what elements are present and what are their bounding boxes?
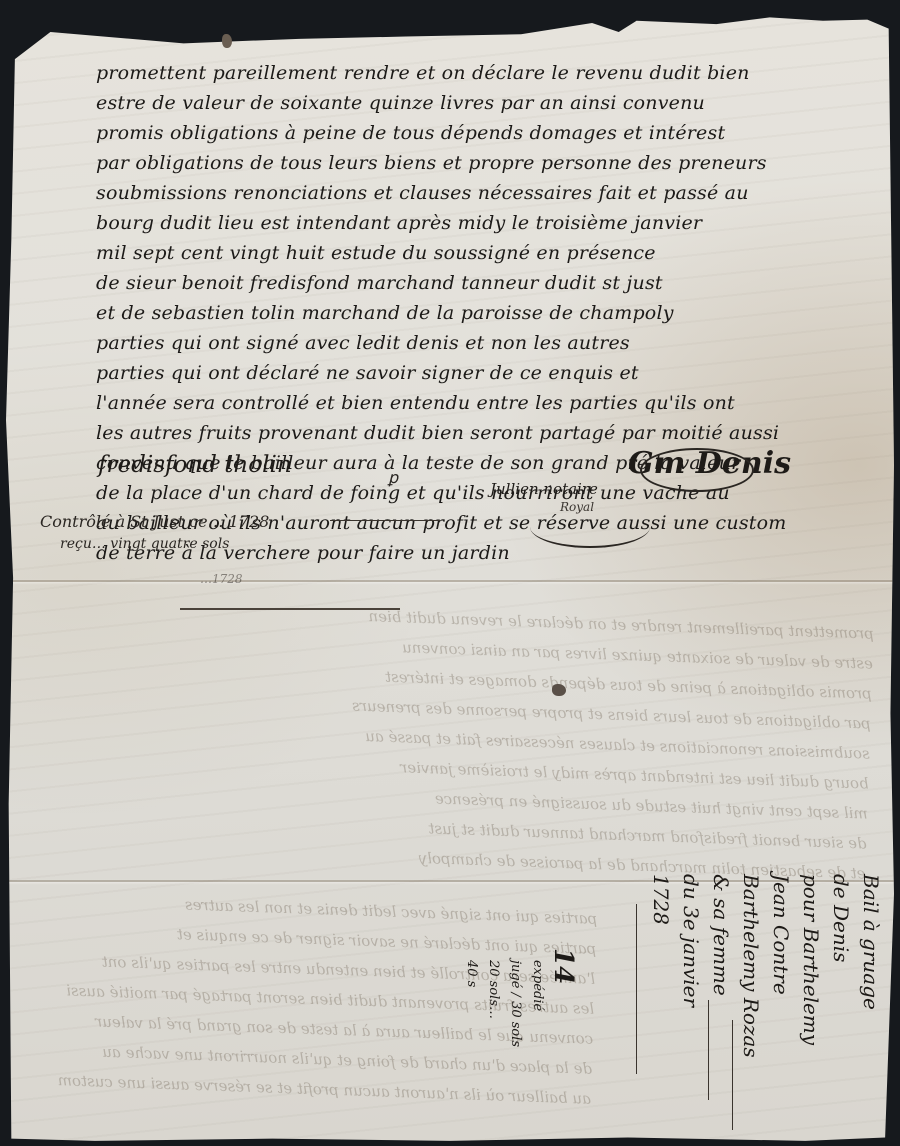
docket: Bail à gruage de Denis pour Barthelemy J… — [646, 874, 886, 1058]
docket-line: de Denis — [826, 874, 856, 1058]
signature-mark: ꝑ — [388, 468, 398, 487]
docket-side-line: expédié — [526, 960, 548, 1047]
bleed-through-text: promettent pareillement rendre et on déc… — [28, 589, 875, 888]
ink-blot — [222, 34, 232, 48]
control-note-line: Contrôlé à St Just ce… 1728 — [40, 512, 269, 531]
docket-side-line: 40 s — [460, 960, 482, 1047]
text-line: parties qui ont déclaré ne savoir signer… — [96, 358, 896, 388]
text-line: bourg dudit lieu est intendant après mid… — [96, 208, 896, 238]
ink-blot — [552, 684, 566, 696]
docket-rule — [732, 1020, 733, 1130]
fold-line — [6, 580, 894, 582]
text-line: mil sept cent vingt huit estude du souss… — [96, 238, 896, 268]
signature-fredisfond-tholin: fredisfond tholin — [98, 452, 292, 478]
text-line: et de sebastien tolin marchand de la par… — [96, 298, 896, 328]
docket-number: 14 — [548, 948, 578, 984]
signature-flourish — [530, 506, 650, 548]
docket-rule — [636, 904, 637, 1074]
divider — [180, 608, 400, 610]
divider — [330, 520, 440, 521]
docket-line: 1728 — [646, 874, 676, 1058]
text-line: les autres fruits provenant dudit bien s… — [96, 418, 896, 448]
text-line: promis obligations à peine de tous dépen… — [96, 118, 896, 148]
text-line: par obligations de tous leurs biens et p… — [96, 148, 896, 178]
docket-line: pour Barthelemy — [796, 874, 826, 1058]
control-note-line: …1728 — [200, 572, 243, 586]
text-line: estre de valeur de soixante quinze livre… — [96, 88, 896, 118]
control-note-line: reçu… vingt quatre sols — [60, 536, 229, 552]
docket-side-notes: expédié jugé / 30 sols 20 sols… 40 s — [460, 960, 548, 1047]
docket-line: Jean Contre — [766, 874, 796, 1058]
docket-line: du 3e janvier — [676, 874, 706, 1058]
docket-line: Bail à gruage — [856, 874, 886, 1058]
signature-flourish — [640, 448, 754, 492]
text-line: promettent pareillement rendre et on déc… — [96, 58, 896, 88]
signature-notary: Jullien notaire — [490, 480, 598, 498]
docket-side-line: 20 sols… — [482, 960, 504, 1047]
text-line: de sieur benoit fredisfond marchand tann… — [96, 268, 896, 298]
docket-side-line: jugé / 30 sols — [504, 960, 526, 1047]
docket-rule — [708, 1000, 709, 1100]
text-line: l'année sera controllé et bien entendu e… — [96, 388, 896, 418]
text-line: soubmissions renonciations et clauses né… — [96, 178, 896, 208]
docket-line: Barthelemy Rozas — [736, 874, 766, 1058]
text-line: parties qui ont signé avec ledit denis e… — [96, 328, 896, 358]
